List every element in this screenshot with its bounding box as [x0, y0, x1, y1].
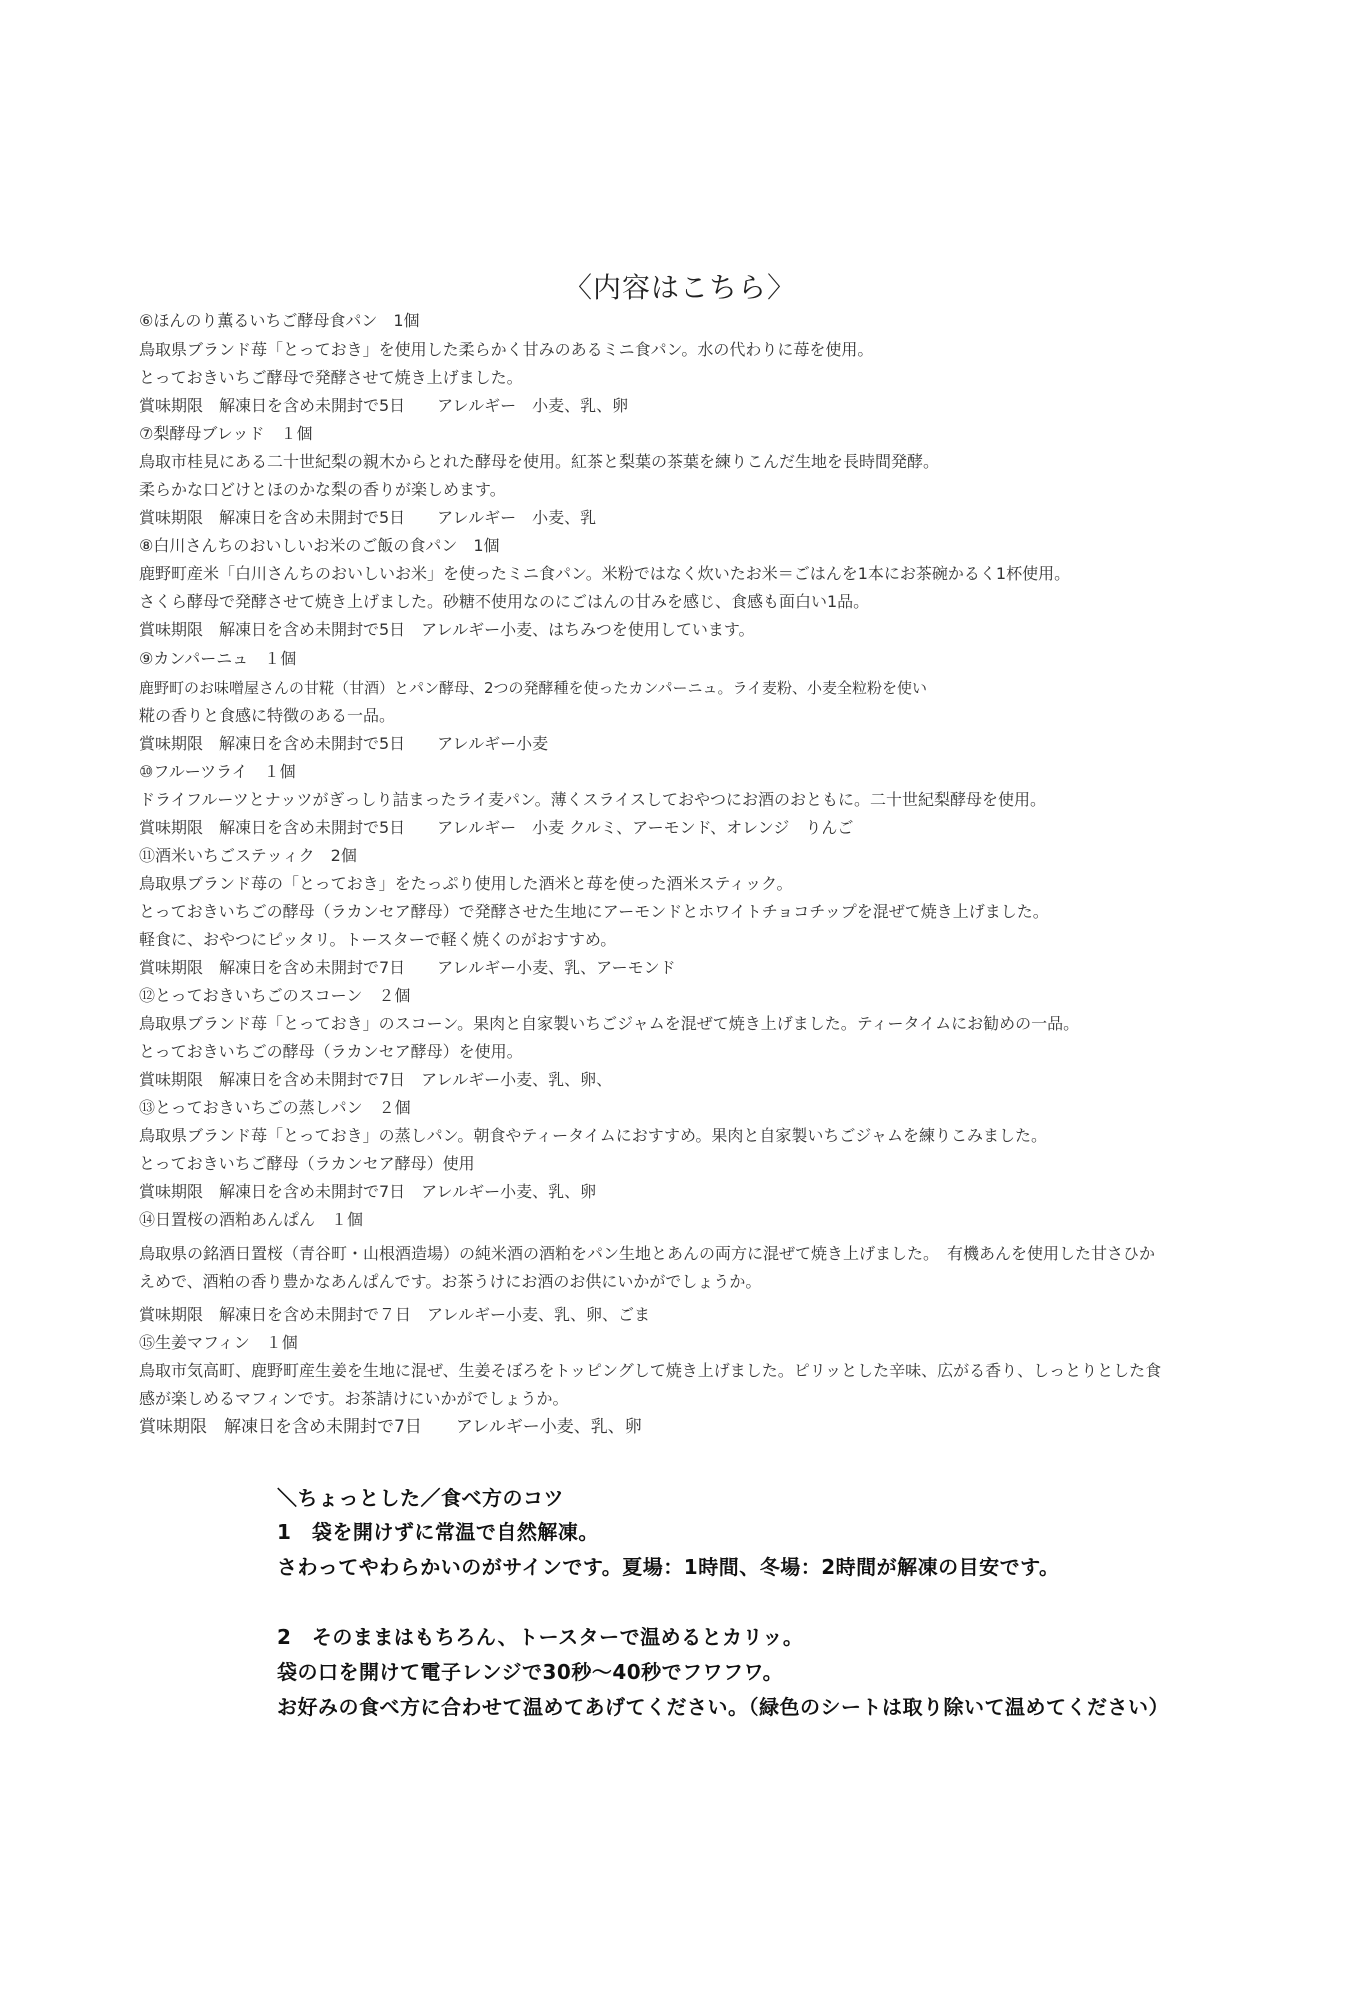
item-description: 鳥取県の銘酒日置桜（青谷町・山根酒造場）の純米酒の酒粕をパン生地とあんの両方に混…: [139, 1243, 1155, 1265]
item-description: 鹿野町のお味噌屋さんの甘糀（甘酒）とパン酵母、2つの発酵種を使ったカンパーニュ。…: [139, 677, 927, 699]
item-heading: ⑧白川さんちのおいしいお米のご飯の食パン 1個: [139, 535, 500, 557]
item-description: 鳥取県ブランド苺「とっておき」のスコーン。果肉と自家製いちごジャムを混ぜて焼き上…: [139, 1013, 1079, 1035]
item-expiry-allergy: 賞味期限 解凍日を含め未開封で7日 アレルギー小麦、乳、卵、: [139, 1069, 612, 1091]
item-description: とっておきいちご酵母（ラカンセア酵母）使用: [139, 1153, 475, 1175]
document-page: 〈内容はこちら〉 ⑥ほんのり薫るいちご酵母食パン 1個 鳥取県ブランド苺「とって…: [0, 0, 1360, 2000]
item-expiry-allergy: 賞味期限 解凍日を含め未開封で5日 アレルギー 小麦 クルミ、アーモンド、オレン…: [139, 817, 853, 839]
item-description: とっておきいちごの酵母（ラカンセア酵母）で発酵させた生地にアーモンドとホワイトチ…: [139, 901, 1049, 923]
item-description: 鳥取県ブランド苺「とっておき」の蒸しパン。朝食やティータイムにおすすめ。果肉と自…: [139, 1125, 1047, 1147]
item-description: とっておきいちご酵母で発酵させて焼き上げました。: [139, 367, 523, 389]
item-expiry-allergy: 賞味期限 解凍日を含め未開封で5日 アレルギー 小麦、乳、卵: [139, 395, 628, 417]
item-heading: ⑥ほんのり薫るいちご酵母食パン 1個: [139, 310, 420, 332]
item-heading: ⑭日置桜の酒粕あんぱん １個: [139, 1209, 363, 1231]
item-description: 鹿野町産米「白川さんちのおいしいお米」を使ったミニ食パン。米粉ではなく炊いたお米…: [139, 563, 1070, 585]
item-description: とっておきいちごの酵母（ラカンセア酵母）を使用。: [139, 1041, 523, 1063]
item-heading: ⑪酒米いちごステッィク 2個: [139, 845, 357, 867]
item-expiry-allergy: 賞味期限 解凍日を含め未開封で5日 アレルギー小麦: [139, 733, 548, 755]
item-description: 鳥取県ブランド苺の「とっておき」をたっぷり使用した酒米と苺を使った酒米スティック…: [139, 873, 792, 895]
item-heading: ⑮生姜マフィン １個: [139, 1332, 298, 1354]
tip-line: 2 そのままはもちろん、トースターで温めるとカリッ。: [277, 1623, 803, 1651]
item-heading: ⑬とっておきいちごの蒸しパン ２個: [139, 1097, 411, 1119]
item-description: 軽食に、おやつにピッタリ。トースターで軽く焼くのがおすすめ。: [139, 929, 616, 951]
page-title: 〈内容はこちら〉: [0, 266, 1360, 306]
item-expiry-allergy: 賞味期限 解凍日を含め未開封で7日 アレルギー小麦、乳、アーモンド: [139, 957, 676, 979]
item-expiry-allergy: 賞味期限 解凍日を含め未開封で5日 アレルギー 小麦、乳: [139, 507, 596, 529]
item-description: ドライフルーツとナッツがぎっしり詰まったライ麦パン。薄くスライスしておやつにお酒…: [139, 789, 1046, 811]
tip-line: 1 袋を開けずに常温で自然解凍。: [277, 1518, 599, 1546]
tip-line: 袋の口を開けて電子レンジで30秒～40秒でフワフワ。: [277, 1658, 783, 1686]
item-description: さくら酵母で発酵させて焼き上げました。砂糖不使用なのにごはんの甘みを感じ、食感も…: [139, 591, 869, 613]
item-description: 鳥取市桂見にある二十世紀梨の親木からとれた酵母を使用。紅茶と梨葉の茶葉を練りこん…: [139, 451, 939, 473]
item-description: 柔らかな口どけとほのかな梨の香りが楽しめます。: [139, 479, 506, 501]
tip-line: お好みの食べ方に合わせて温めてあげてください。（緑色のシートは取り除いて温めてく…: [277, 1693, 1169, 1721]
item-heading: ⑨カンパーニュ １個: [139, 648, 296, 670]
item-heading: ⑩フルーツライ １個: [139, 761, 296, 783]
item-description: 鳥取市気高町、鹿野町産生姜を生地に混ぜ、生姜そぼろをトッピングして焼き上げました…: [139, 1360, 1161, 1382]
item-expiry-allergy: 賞味期限 解凍日を含め未開封で7日 アレルギー小麦、乳、卵: [139, 1416, 642, 1438]
item-expiry-allergy: 賞味期限 解凍日を含め未開封で5日 アレルギー小麦、はちみつを使用しています。: [139, 619, 755, 641]
item-description: 感が楽しめるマフィンです。お茶請けにいかがでしょうか。: [139, 1388, 568, 1410]
item-description: えめで、酒粕の香り豊かなあんぱんです。お茶うけにお酒のお供にいかがでしょうか。: [139, 1271, 761, 1293]
item-heading: ⑦梨酵母ブレッド １個: [139, 423, 313, 445]
item-expiry-allergy: 賞味期限 解凍日を含め未開封で７日 アレルギー小麦、乳、卵、ごま: [139, 1304, 650, 1326]
item-description: 鳥取県ブランド苺「とっておき」を使用した柔らかく甘みのあるミニ食パン。水の代わり…: [139, 339, 873, 361]
item-heading: ⑫とっておきいちごのスコーン ２個: [139, 985, 410, 1007]
tips-heading: ＼ちょっとした／食べ方のコツ: [277, 1484, 564, 1512]
item-expiry-allergy: 賞味期限 解凍日を含め未開封で7日 アレルギー小麦、乳、卵: [139, 1181, 596, 1203]
tip-line: さわってやわらかいのがサインです。夏場：1時間、冬場：2時間が解凍の目安です。: [277, 1553, 1060, 1581]
item-description: 糀の香りと食感に特徴のある一品。: [139, 705, 395, 727]
